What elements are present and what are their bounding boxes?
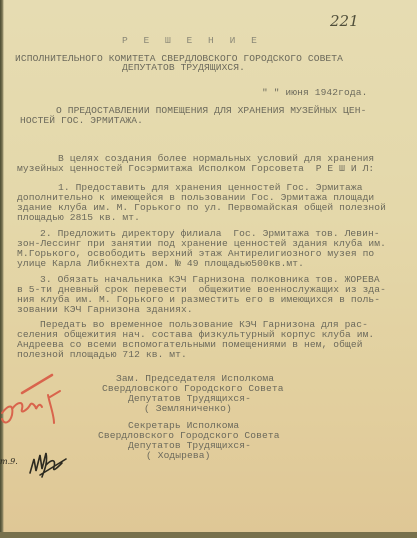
handwritten-signature xyxy=(0,445,80,485)
item4-line-4: полезной площадью 712 кв. мт. xyxy=(17,350,187,360)
document-title: Р Е Ш Е Н И Е xyxy=(122,36,262,46)
date-line: " " июня 1942года. xyxy=(262,88,367,98)
page-number: 221 xyxy=(330,12,359,30)
page-bottom-edge xyxy=(0,532,417,538)
item1-line-4: площадью 2815 кв. мт. xyxy=(17,213,140,223)
document-page: 221 Р Е Ш Е Н И Е ИСПОЛНИТЕЛЬНОГО КОМИТЕ… xyxy=(0,0,417,532)
header-line-2: ДЕПУТАТОВ ТРУДЯЩИХСЯ. xyxy=(122,63,245,73)
signature1-line-4: ( Земляниченко) xyxy=(144,404,232,414)
item2-line-4: улице Карла Либкнехта дом. № 49 площадью… xyxy=(17,259,304,269)
preamble-line-2: музейных ценностей Госэрмитажа Исполком … xyxy=(17,164,374,174)
subject-line-2: НОСТЕЙ ГОС. ЭРМИТАЖА. xyxy=(20,116,143,126)
signature2-line-4: ( Ходырева) xyxy=(146,451,210,461)
red-pencil-annotation xyxy=(0,365,80,435)
item3-line-4: зовании КЭЧ Гарнизона зданиях. xyxy=(17,305,193,315)
